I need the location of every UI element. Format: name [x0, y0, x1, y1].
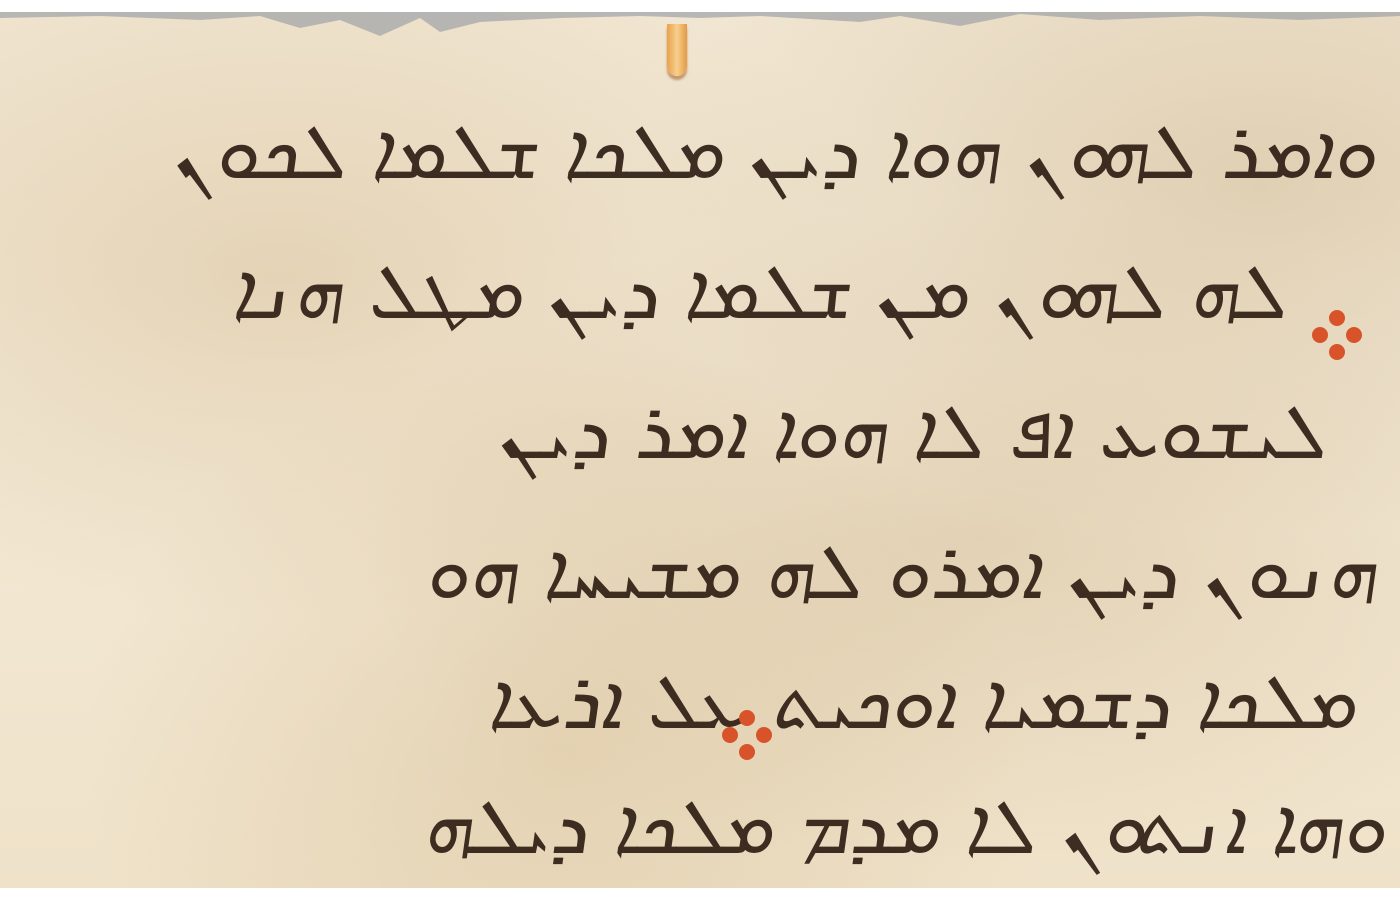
- manuscript-line: ܠܗ ܠܗܘܢ ܡܢ ܫܠܡܐ ܕܝܢ ܡܛܠ ܗܢܐ: [229, 247, 1297, 338]
- red-rubric-dots: [722, 710, 772, 760]
- torn-top-edge: [0, 12, 1400, 42]
- manuscript-line: ܡܠܟܐ ܕܫܡܝܐ ܐܘܟܝܬ ܥܠ ܐܪܥܐ: [485, 657, 1367, 748]
- red-rubric-dots: [1312, 310, 1362, 360]
- manuscript-line: ܠܝܫܘܥ ܐܦ ܠܐ ܗܘܐ ܐܡܪ ܕܝܢ: [496, 387, 1336, 478]
- manuscript-line: ܘܗܐ ܐܢܬܘܢ ܠܐ ܡܕܡ ܡܠܟܐ ܕܝܠܗ: [421, 782, 1397, 873]
- manuscript-photo: ܘܐܡܪ ܠܗܘܢ ܗܘܐ ܕܝܢ ܡܠܟܐ ܫܠܡܐ ܠܟܘܢ ܠܗ ܠܗܘܢ…: [0, 12, 1400, 888]
- manuscript-line: ܘܐܡܪ ܠܗܘܢ ܗܘܐ ܕܝܢ ܡܠܟܐ ܫܠܡܐ ܠܟܘܢ: [169, 107, 1386, 198]
- mounting-pin: [667, 24, 687, 76]
- manuscript-line: ܗܢܘܢ ܕܝܢ ܐܡܪܘ ܠܗ ܡܫܝܚܐ ܗܘ: [423, 527, 1387, 618]
